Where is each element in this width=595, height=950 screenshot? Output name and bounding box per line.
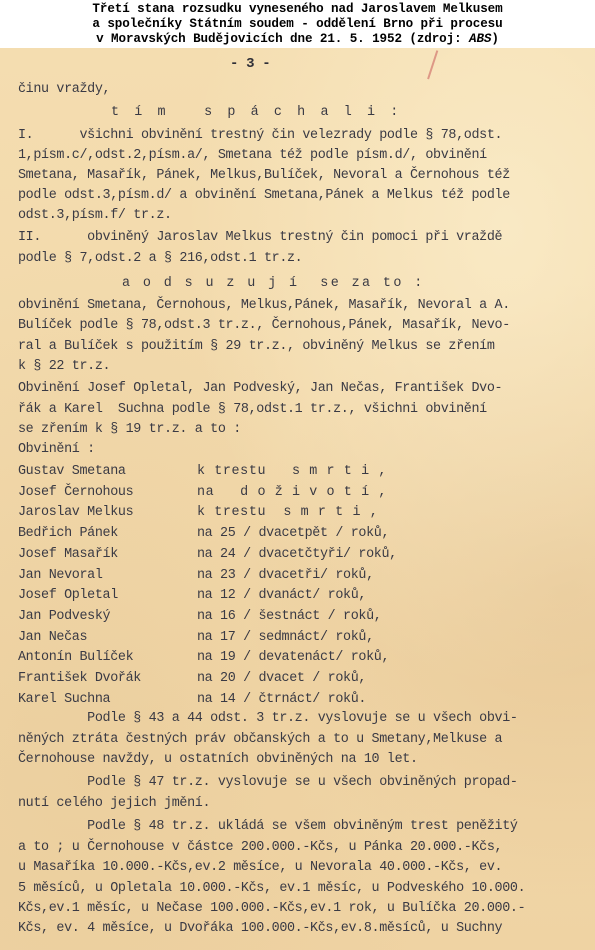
caption-line-3: v Moravských Budějovicích dne 21. 5. 195… — [0, 32, 595, 47]
text-line: I. všichni obvinění trestný čin velezrad… — [18, 128, 502, 143]
text-line: něných ztráta čestných práv občanských a… — [18, 732, 502, 747]
text-line: u Masaříka 10.000.-Kčs,ev.2 měsíce, u Ne… — [18, 860, 502, 875]
text-line: Bulíček podle § 78,odst.3 tr.z., Černoho… — [18, 318, 510, 333]
sentence-term: na 14 / čtrnáct/ roků. — [197, 692, 366, 707]
text-line: podle § 7,odst.2 a § 216,odst.1 tr.z. — [18, 251, 302, 266]
section-heading-committed: t í m s p á c h a l i : — [111, 105, 402, 120]
text-line: 5 měsíců, u Opletala 10.000.-Kčs, ev.1 m… — [18, 881, 525, 896]
text-line: řák a Karel Suchna podle § 78,odst.1 tr.… — [18, 402, 487, 417]
sentence-term: na 19 / devatenáct/ roků, — [197, 650, 389, 665]
text-line: Podle § 48 tr.z. ukládá se všem obviněný… — [18, 819, 518, 834]
text-line: Obvinění Josef Opletal, Jan Podveský, Ja… — [18, 381, 502, 396]
text-line: Podle § 47 tr.z. vyslovuje se u všech ob… — [18, 775, 518, 790]
text-line: a to ; u Černohouse v částce 200.000.-Kč… — [18, 840, 502, 855]
defendant-name: Antonín Bulíček — [18, 650, 133, 665]
typewritten-page: - 3 - činu vraždy, t í m s p á c h a l i… — [0, 48, 595, 950]
text-line: se zřením k § 19 tr.z. a to : — [18, 422, 241, 437]
text-line: Černohouse navždy, u ostatních obviněnýc… — [18, 752, 418, 767]
defendant-name: Josef Černohous — [18, 485, 133, 500]
sentence-term: na 17 / sedmnáct/ roků, — [197, 630, 374, 645]
red-ink-mark — [416, 48, 439, 79]
sentence-term: na d o ž i v o t í , — [197, 485, 387, 500]
text-line: ral a Bulíček s použitím § 29 tr.z., obv… — [18, 339, 495, 354]
page-number: - 3 - — [230, 56, 270, 72]
sentence-term: na 24 / dvacetčtyři/ roků, — [197, 547, 397, 562]
text-line: odst.3,písm.f/ tr.z. — [18, 208, 172, 223]
sentence-term: na 12 / dvanáct/ roků, — [197, 588, 366, 603]
text-line: Obvinění : — [18, 442, 95, 457]
text-line: 1,písm.c/,odst.2,písm.a/, Smetana též po… — [18, 148, 487, 163]
defendant-name: Bedřich Pánek — [18, 526, 118, 541]
defendant-name: Jaroslav Melkus — [18, 505, 133, 520]
sentence-term: k trestu s m r t i , — [197, 505, 378, 520]
caption-source: ABS — [469, 32, 491, 46]
sentence-term: na 16 / šestnáct / roků, — [197, 609, 381, 624]
text-line: II. obviněný Jaroslav Melkus trestný čin… — [18, 230, 502, 245]
defendant-name: Josef Masařík — [18, 547, 118, 562]
defendant-name: Jan Nevoral — [18, 568, 103, 583]
defendant-name: Karel Suchna — [18, 692, 110, 707]
image-caption: Třetí stana rozsudku vyneseného nad Jaro… — [0, 0, 595, 48]
defendant-name: Jan Nečas — [18, 630, 87, 645]
text-line: nutí celého jejich jmění. — [18, 796, 210, 811]
caption-line-3-end: ) — [491, 32, 498, 46]
defendant-name: Josef Opletal — [18, 588, 118, 603]
text-line: činu vraždy, — [18, 82, 110, 97]
defendant-name: Jan Podveský — [18, 609, 110, 624]
sentence-term: k trestu s m r t i , — [197, 464, 387, 479]
text-line: Smetana, Masařík, Pánek, Melkus,Bulíček,… — [18, 168, 510, 183]
text-line: Kčs,ev.1 měsíc, u Nečase 100.000.-Kčs,ev… — [18, 901, 525, 916]
sentence-term: na 20 / dvacet / roků, — [197, 671, 366, 686]
section-heading-sentenced: a o d s u z u j í se za to : — [122, 276, 425, 291]
sentence-term: na 25 / dvacetpět / roků, — [197, 526, 389, 541]
caption-line-3-text: v Moravských Budějovicích dne 21. 5. 195… — [96, 32, 469, 46]
text-line: podle odst.3,písm.d/ a obvinění Smetana,… — [18, 188, 510, 203]
defendant-name: František Dvořák — [18, 671, 141, 686]
text-line: Kčs, ev. 4 měsíce, u Dvořáka 100.000.-Kč… — [18, 921, 502, 936]
defendant-name: Gustav Smetana — [18, 464, 126, 479]
text-line: Podle § 43 a 44 odst. 3 tr.z. vyslovuje … — [18, 711, 518, 726]
text-line: obvinění Smetana, Černohous, Melkus,Páne… — [18, 298, 510, 313]
sentence-term: na 23 / dvacetři/ roků, — [197, 568, 374, 583]
caption-line-2: a společníky Státním soudem - oddělení B… — [0, 17, 595, 32]
text-line: k § 22 tr.z. — [18, 359, 110, 374]
caption-line-1: Třetí stana rozsudku vyneseného nad Jaro… — [0, 2, 595, 17]
